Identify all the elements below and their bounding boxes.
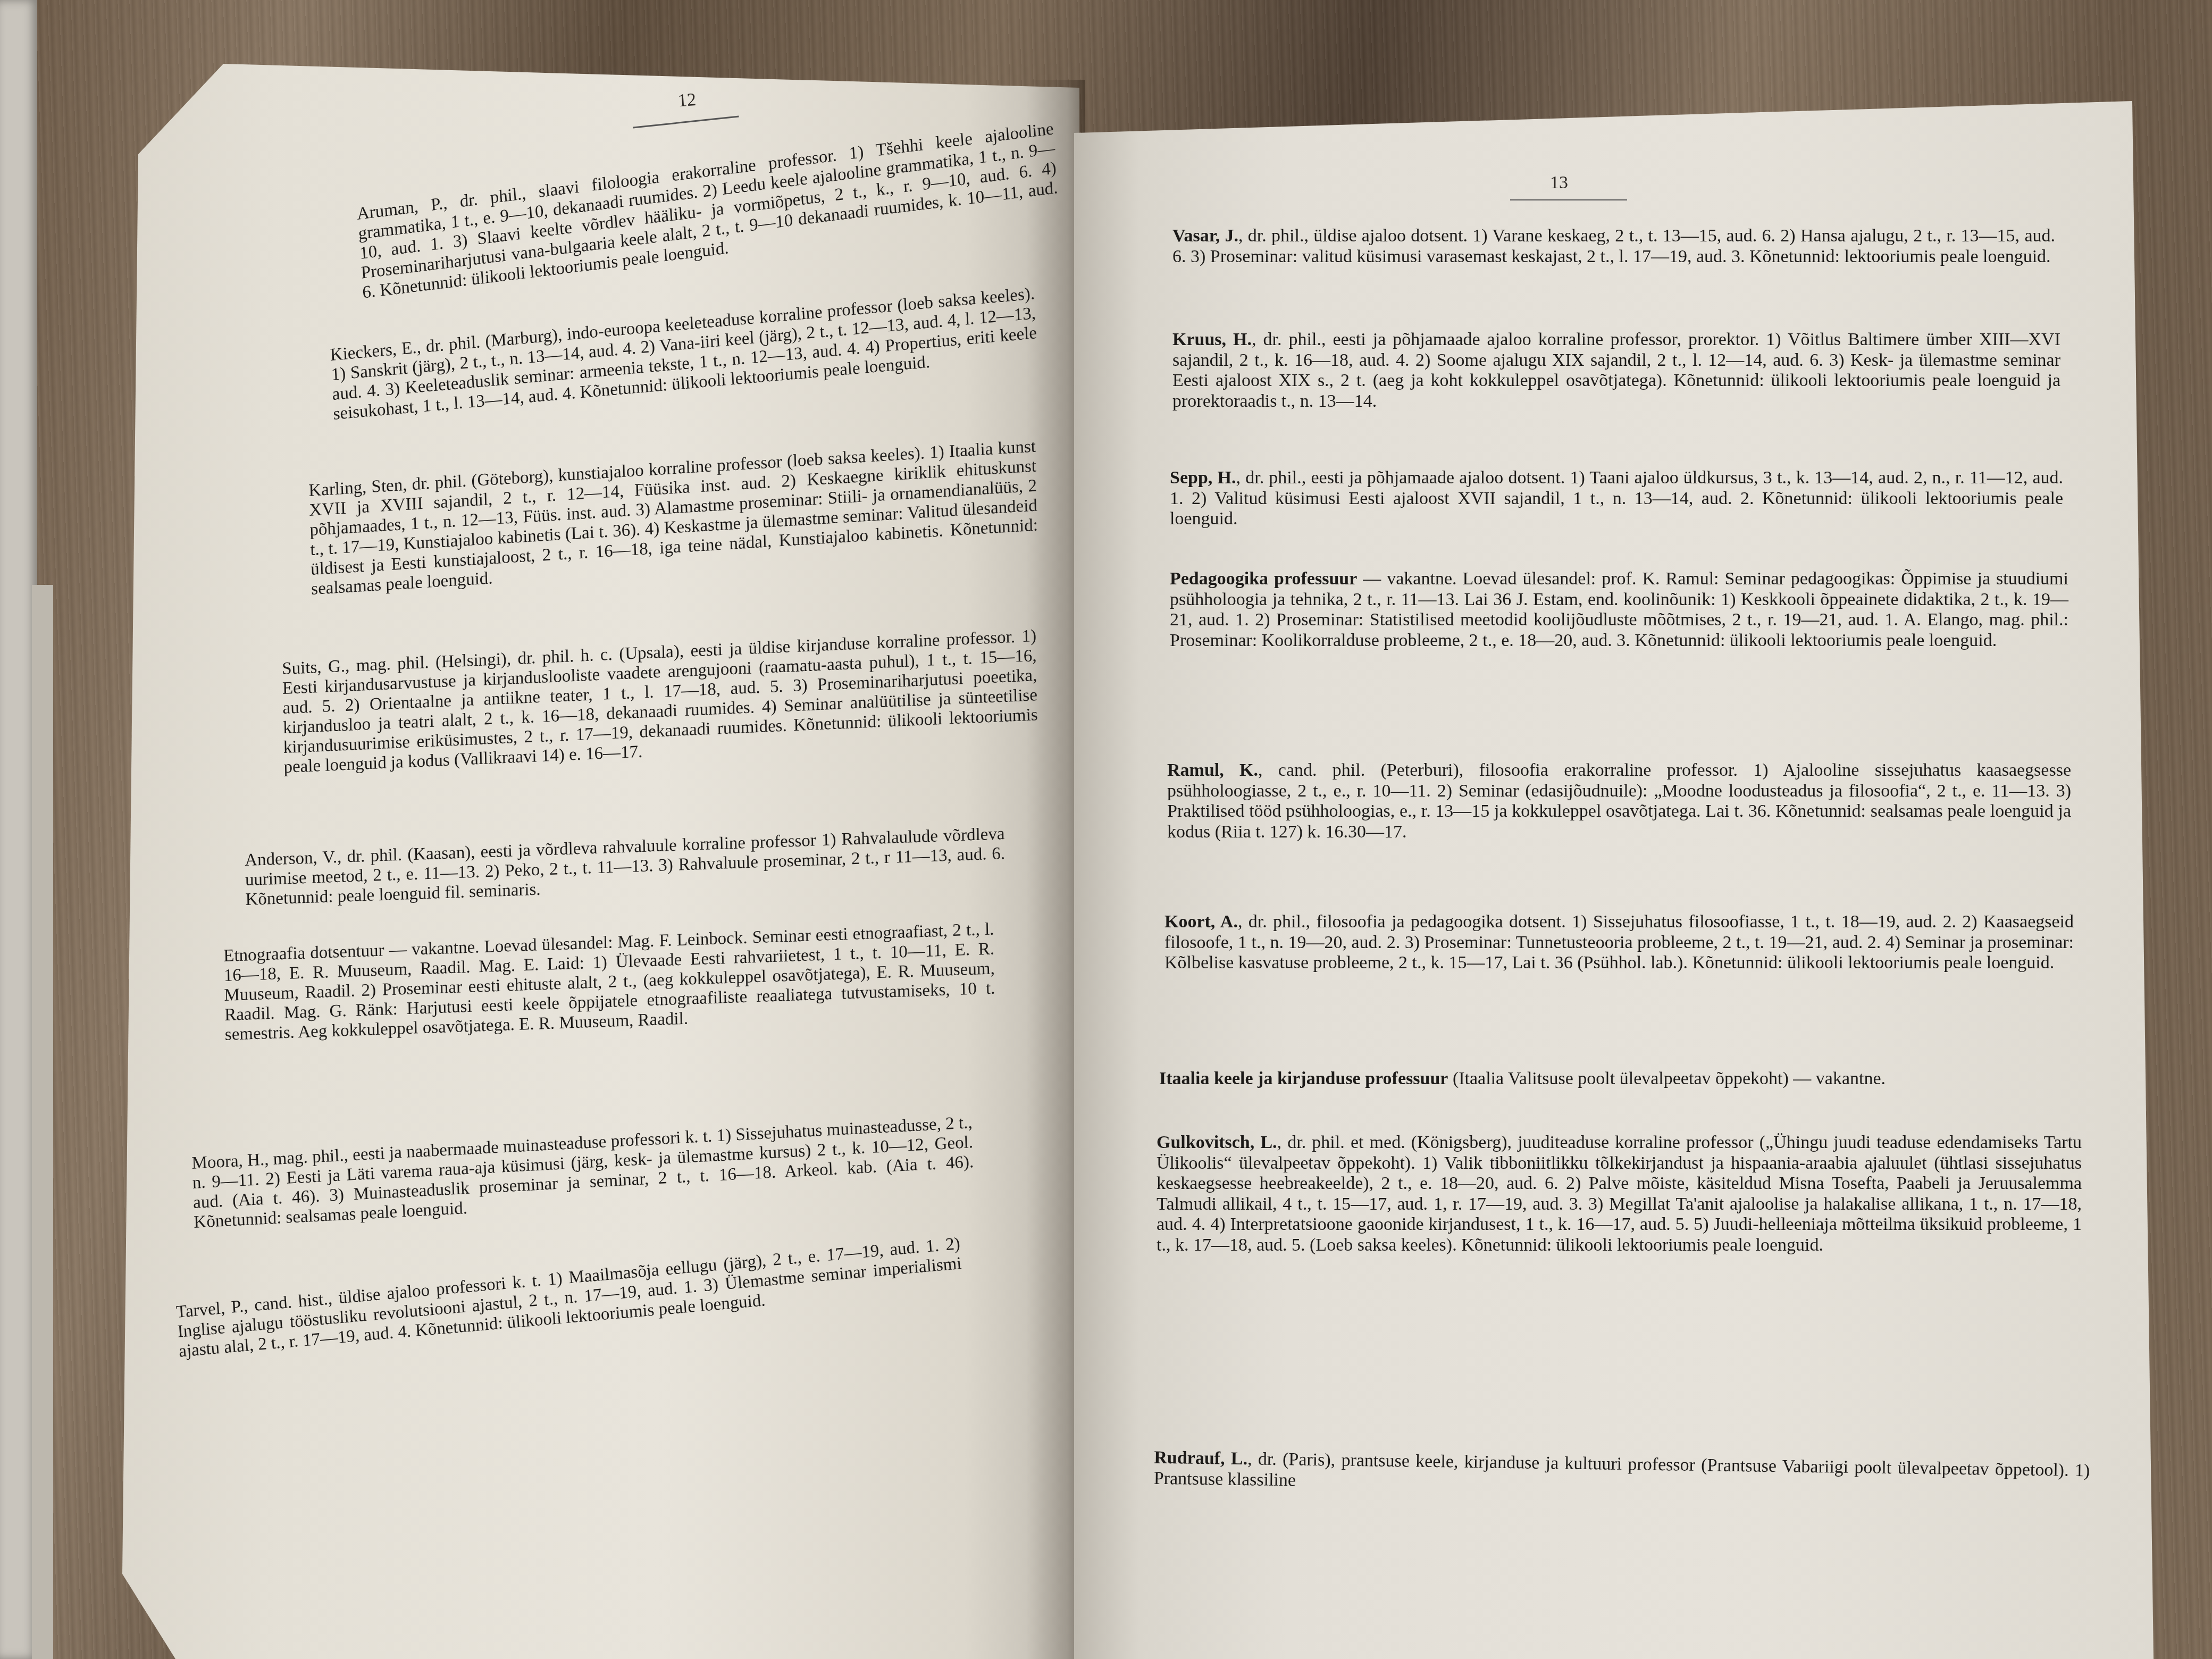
entry-text: (Itaalia Valitsuse poolt ülevalpeetav õp… — [1448, 1069, 1886, 1088]
entry-koort: Koort, A., dr. phil., filosoofia ja peda… — [1164, 912, 2074, 974]
entry-suits: Suits, G., mag. phil. (Helsingi), dr. ph… — [282, 626, 1038, 777]
entry-text: , dr. phil. et med. (Königsberg), juudit… — [1157, 1133, 2082, 1255]
entry-vasar: Vasar, J., dr. phil., üldise ajaloo dots… — [1172, 226, 2055, 267]
entry-text: , dr. phil. (Göteborg), kunstiajaloo kor… — [309, 437, 1038, 599]
entry-heading: Kruus, H. — [1172, 330, 1252, 349]
entry-text: , cand. phil. (Peterburi), filosoofia er… — [1167, 760, 2071, 842]
entry-anderson: Anderson, V., dr. phil. (Kaasan), eesti … — [245, 824, 1006, 910]
entry-heading: Moora, H. — [191, 1150, 265, 1173]
entry-etnograafia: Etnograafia dotsentuur — vakantne. Loeva… — [223, 919, 995, 1045]
entry-text: , dr. phil. (Kaasan), eesti ja võrdleva … — [245, 824, 1006, 909]
page-number-rule — [1510, 199, 1627, 200]
entry-heading: Suits, G. — [282, 657, 345, 678]
entry-text: , mag. phil., eesti ja naabermaade muina… — [192, 1113, 974, 1232]
entry-text: — vakantne. Loevad ülesandel: Mag. F. Le… — [224, 919, 995, 1044]
entry-heading: Koort, A. — [1164, 912, 1238, 932]
page-number-rule — [633, 116, 739, 129]
page-number-left: 12 — [677, 90, 697, 111]
entry-heading: Rudrauf, L. — [1154, 1448, 1247, 1469]
entry-gulkovitsch: Gulkovitsch, L., dr. phil. et med. (Köni… — [1157, 1133, 2082, 1255]
entry-itaalia: Itaalia keele ja kirjanduse professuur (… — [1159, 1069, 2074, 1090]
entry-heading: Anderson, V. — [245, 848, 337, 870]
entry-aruman: Aruman, P., dr. phil., slaavi filoloogia… — [356, 119, 1060, 303]
entry-karling: Karling, Sten, dr. phil. (Göteborg), kun… — [308, 437, 1038, 599]
entry-text: , cand. hist., üldise ajaloo professori … — [177, 1234, 962, 1361]
entry-text: , dr. phil., eesti ja põhjamaade ajaloo … — [1172, 330, 2060, 411]
page-number-right: 13 — [1550, 173, 1568, 193]
entry-text: , dr. phil., üldise ajaloo dotsent. 1) V… — [1172, 226, 2055, 266]
entry-ramul: Ramul, K., cand. phil. (Peterburi), filo… — [1167, 760, 2071, 842]
entry-heading: Ramul, K. — [1167, 760, 1258, 780]
entry-text: , dr. phil. (Marburg), indo-euroopa keel… — [331, 284, 1037, 424]
entry-heading: Itaalia keele ja kirjanduse professuur — [1159, 1069, 1448, 1088]
entry-heading: Pedagoogika professuur — [1170, 569, 1357, 589]
entry-kruus: Kruus, H., dr. phil., eesti ja põhjamaad… — [1172, 330, 2060, 412]
entry-text: , mag. phil. (Helsingi), dr. phil. h. c.… — [282, 626, 1038, 777]
entry-heading: Vasar, J. — [1172, 226, 1238, 246]
entry-kieckers: Kieckers, E., dr. phil. (Marburg), indo-… — [330, 284, 1038, 424]
entry-pedagoogika: Pedagoogika professuur — vakantne. Loeva… — [1170, 569, 2068, 651]
entry-heading: Gulkovitsch, L. — [1157, 1133, 1277, 1152]
entry-moora: Moora, H., mag. phil., eesti ja naaberma… — [191, 1113, 975, 1233]
left-page-content: 12 Aruman, P., dr. phil., slaavi filoloo… — [0, 0, 1095, 1659]
entry-text: , dr. phil., filosoofia ja pedagoogika d… — [1164, 912, 2074, 973]
entry-sepp: Sepp, H., dr. phil., eesti ja põhjamaade… — [1170, 468, 2063, 530]
entry-text: , dr. phil., eesti ja põhjamaade ajaloo … — [1170, 468, 2063, 529]
entry-heading: Sepp, H. — [1170, 468, 1236, 488]
entry-text: , dr. phil., slaavi filoloogia erakorral… — [358, 119, 1059, 303]
entry-tarvel: Tarvel, P., cand. hist., üldise ajaloo p… — [175, 1234, 963, 1362]
